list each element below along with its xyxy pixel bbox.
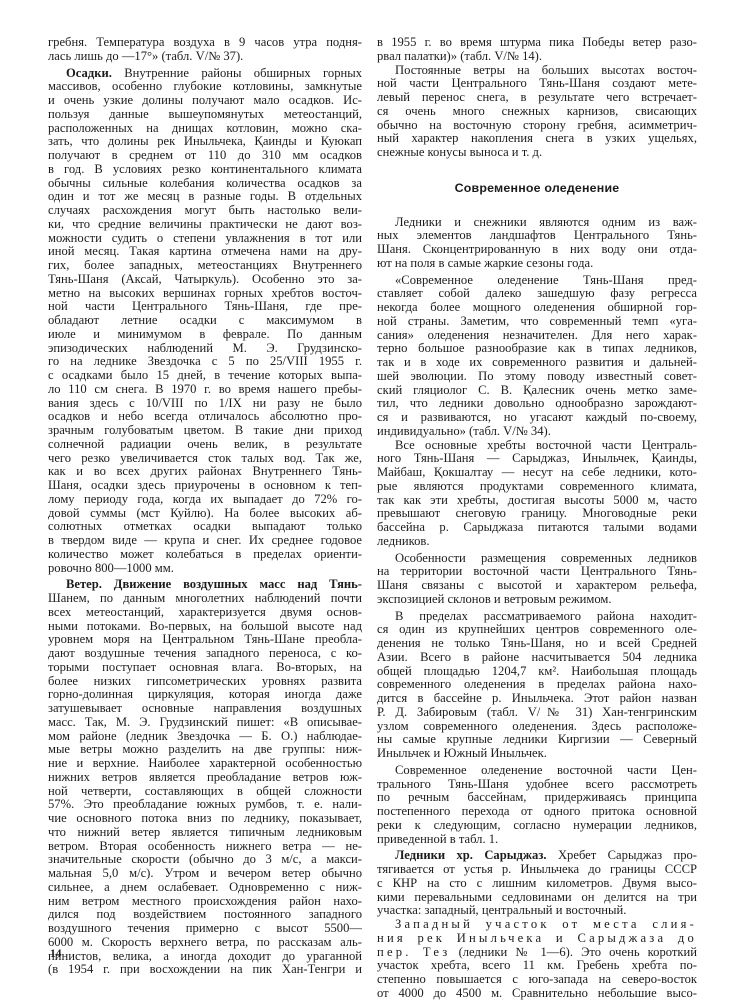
paragraph-osadki: Осадки. Внутренние районы обширных горны… [48, 67, 362, 576]
right-column: в 1955 г. во время штурма пика Победы ве… [377, 36, 697, 1000]
paragraph-continuation: гребня. Температура воздуха в 9 часов ут… [48, 36, 362, 64]
paragraph-v-predelakh: В пределах рассматриваемого района наход… [377, 610, 697, 761]
paragraph-postoyannye-vetry: Постоянные ветры на больших высотах вост… [377, 64, 697, 160]
document-page: гребня. Температура воздуха в 9 часов ут… [0, 0, 743, 1000]
runin-heading-osadki: Осадки. [66, 67, 112, 80]
runin-heading-veter: Ветер. Движение воздушных масс над Тянь- [48, 578, 362, 592]
paragraph-continuation-right: в 1955 г. во время штурма пика Победы ве… [377, 36, 697, 64]
paragraph-ledniki-snezhniki: Ледники и снежники являются одним из важ… [377, 216, 697, 271]
paragraph-khrebty: Все основные хребты восточной части Цент… [377, 439, 697, 549]
paragraph-osobennosti: Особенности размещения современных ледни… [377, 552, 697, 607]
page-number: 14 [50, 948, 62, 960]
paragraph-ledniki-saryjaz: Ледники хр. Сарыджаз. Хребет Сарыджаз пр… [377, 849, 697, 918]
section-heading: Современное оледенение [377, 182, 697, 196]
paragraph-zapadny-uchastok: Западный участок от места слия- ния рек … [377, 918, 697, 1000]
paragraph-veter: Ветер. Движение воздушных масс над Тянь-… [48, 578, 362, 977]
left-column: гребня. Температура воздуха в 9 часов ут… [48, 36, 362, 977]
runin-heading-saryjaz: Ледники хр. Сарыджаз. [395, 849, 547, 862]
paragraph-citation: «Современное оледенение Тянь-Шаня пред- … [377, 274, 697, 439]
paragraph-basseiny: Современное оледенение восточной части Ц… [377, 764, 697, 847]
